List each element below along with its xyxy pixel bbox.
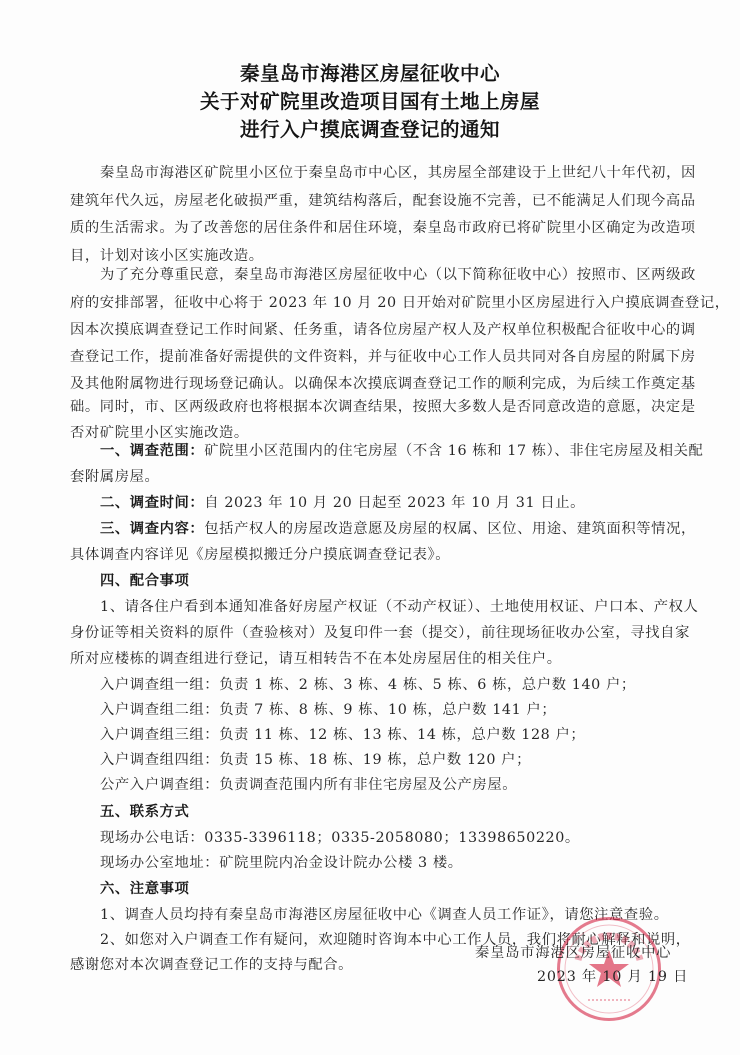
section-4-item1-line-2: 身份证等相关资料的原件（查验核对）及复印件一套（提交），前往现场征收办公室，寻找… [70, 622, 690, 642]
section-3-heading: 三、调查内容： [100, 521, 204, 537]
intro-line-4: 目，计划对该小区实施改造。 [70, 245, 690, 265]
section-3-text: 包括产权人的房屋改造意愿及房屋的权属、区位、用途、建筑面积等情况， [204, 521, 696, 537]
section-6-heading: 六、注意事项 [100, 878, 690, 898]
group-1-name: 入户调查组一组： [100, 677, 219, 693]
group-1-duty: 负责 1 栋、2 栋、3 栋、4 栋、5 栋、6 栋，总户数 140 户； [219, 677, 636, 693]
group-5-duty: 负责调查范围内所有非住宅房屋及公产房屋。 [219, 777, 517, 793]
group-row-4: 入户调查组四组：负责 15 栋、18 栋、19 栋，总户数 120 户； [100, 749, 690, 769]
title-line-3: 进行入户摸底调查登记的通知 [0, 114, 740, 142]
title-line-2: 关于对矿院里改造项目国有土地上房屋 [0, 86, 740, 114]
section-1-line-2: 套附属房屋。 [70, 466, 690, 486]
notice-document: 秦皇岛市海港区房屋征收中心 关于对矿院里改造项目国有土地上房屋 进行入户摸底调查… [0, 0, 740, 1055]
purpose-line-6: 础。同时，市、区两级政府也将根据本次调查结果，按照大多数人是否同意改造的意愿，决… [70, 396, 690, 416]
intro-line-1: 秦皇岛市海港区矿院里小区位于秦皇岛市中心区，其房屋全部建设于上世纪八十年代初，因 [100, 162, 690, 182]
title-line-1: 秦皇岛市海港区房屋征收中心 [0, 58, 740, 86]
group-row-2: 入户调查组二组：负责 7 栋、8 栋、9 栋、10 栋，总户数 141 户； [100, 699, 690, 719]
group-4-name: 入户调查组四组： [100, 752, 219, 768]
section-1-text: 矿院里小区范围内的住宅房屋（不含 16 栋和 17 栋）、非住宅房屋及相关配 [204, 443, 703, 459]
purpose-line-3: 因本次摸底调查登记工作时间紧、任务重，请各位房屋产权人及产权单位积极配合征收中心… [70, 319, 690, 339]
section-4-item1-line-1: 1、请各住户看到本通知准备好房屋产权证（不动产权证）、土地使用权证、户口本、产权… [100, 596, 690, 616]
group-row-3: 入户调查组三组：负责 11 栋、12 栋、13 栋、14 栋，总户数 128 户… [100, 724, 690, 744]
group-3-duty: 负责 11 栋、12 栋、13 栋、14 栋，总户数 128 户； [219, 727, 585, 743]
group-row-5: 公产入户调查组：负责调查范围内所有非住宅房屋及公产房屋。 [100, 774, 690, 794]
section-2-heading: 二、调查时间： [100, 495, 204, 511]
section-4-heading: 四、配合事项 [100, 570, 690, 590]
intro-line-3: 质的生活需求。为了改善您的居住条件和居住环境，秦皇岛市政府已将矿院里小区确定为改… [70, 217, 690, 237]
phone-numbers: 0335-3396118；0335-2058080；13398650220。 [204, 830, 580, 846]
contact-address-line: 现场办公室地址：矿院里院内冶金设计院办公楼 3 楼。 [100, 852, 690, 872]
purpose-line-5: 及其他附属物进行现场登记确认。以确保本次摸底调查登记工作的顺利完成，为后续工作奠… [70, 373, 690, 393]
signature-organization: 秦皇岛市海港区房屋征收中心 [475, 942, 671, 962]
section-3-line-2: 具体调查内容详见《房屋模拟搬迁分户摸底调查登记表》。 [70, 544, 690, 564]
section-1-heading: 一、调查范围： [100, 443, 204, 459]
group-2-name: 入户调查组二组： [100, 702, 219, 718]
purpose-line-1: 为了充分尊重民意，秦皇岛市海港区房屋征收中心（以下简称征收中心）按照市、区两级政 [100, 264, 690, 284]
section-2-text: 自 2023 年 10 月 20 日起至 2023 年 10 月 31 日止。 [204, 495, 585, 511]
group-row-1: 入户调查组一组：负责 1 栋、2 栋、3 栋、4 栋、5 栋、6 栋，总户数 1… [100, 674, 690, 694]
intro-line-2: 建筑年代久远，房屋老化破损严重，建筑结构落后，配套设施不完善，已不能满足人们现今… [70, 190, 690, 210]
purpose-line-4: 查登记工作，提前准备好需提供的文件资料，并与征收中心工作人员共同对各自房屋的附属… [70, 346, 690, 366]
phone-label: 现场办公电话： [100, 830, 204, 846]
group-3-name: 入户调查组三组： [100, 727, 219, 743]
address-text: 矿院里院内冶金设计院办公楼 3 楼。 [219, 855, 462, 871]
group-5-name: 公产入户调查组： [100, 777, 219, 793]
signature-date: 2023 年 10 月 19 日 [537, 966, 688, 986]
address-label: 现场办公室地址： [100, 855, 219, 871]
section-3-line-1: 三、调查内容：包括产权人的房屋改造意愿及房屋的权属、区位、用途、建筑面积等情况， [100, 518, 690, 538]
section-4-item1-line-3: 所对应楼栋的调查组进行登记，请互相转告不在本处房屋居住的相关住户。 [70, 648, 690, 668]
group-2-duty: 负责 7 栋、8 栋、9 栋、10 栋，总户数 141 户； [219, 702, 556, 718]
purpose-line-7: 否对矿院里小区实施改造。 [70, 422, 690, 442]
contact-phone-line: 现场办公电话：0335-3396118；0335-2058080；1339865… [100, 827, 690, 847]
section-1-line-1: 一、调查范围：矿院里小区范围内的住宅房屋（不含 16 栋和 17 栋）、非住宅房… [100, 440, 690, 460]
section-2-line: 二、调查时间：自 2023 年 10 月 20 日起至 2023 年 10 月 … [100, 492, 690, 512]
group-4-duty: 负责 15 栋、18 栋、19 栋，总户数 120 户； [219, 752, 531, 768]
section-5-heading: 五、联系方式 [100, 801, 690, 821]
purpose-line-2: 府的安排部署，征收中心将于 2023 年 10 月 20 日开始对矿院里小区房屋… [70, 292, 690, 312]
